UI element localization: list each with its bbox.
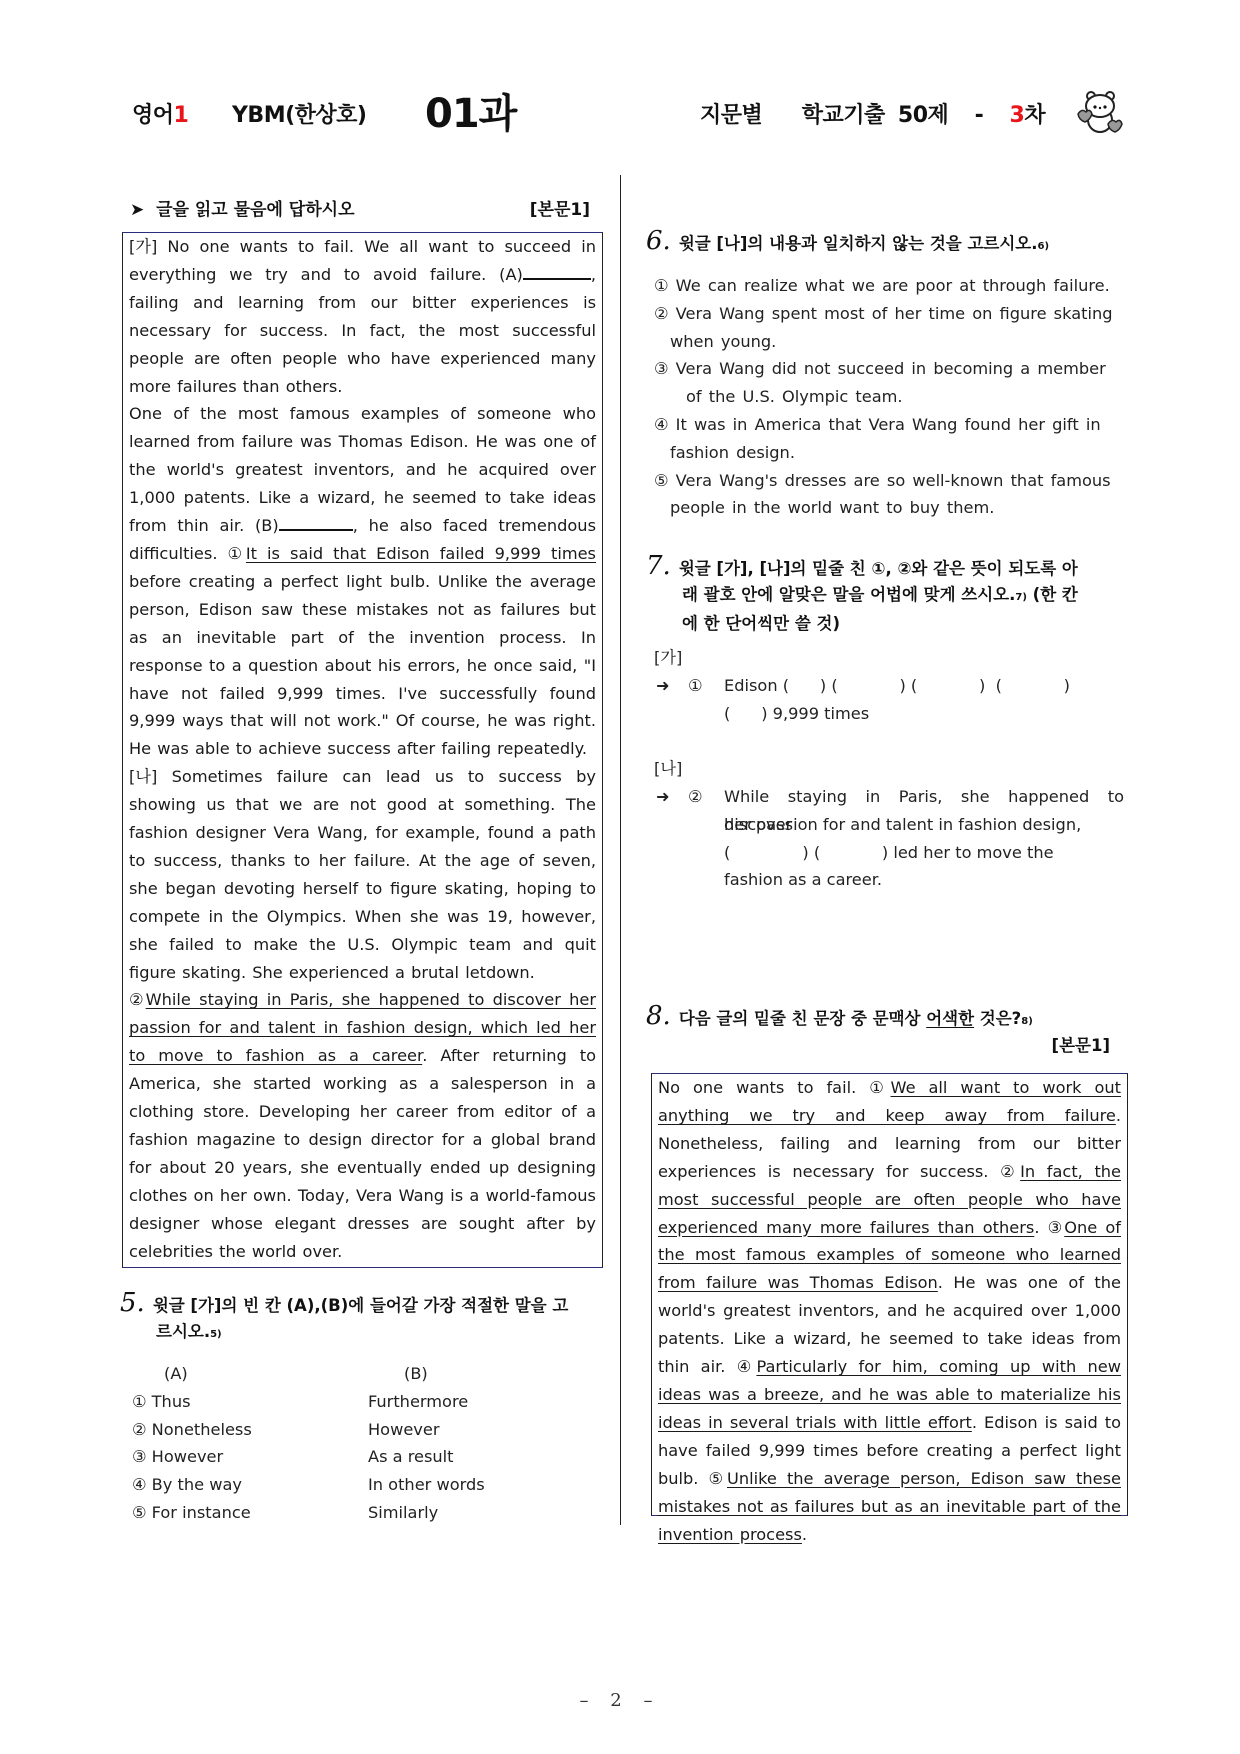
ga-label: [가] bbox=[654, 648, 682, 667]
marker-5: ⑤ bbox=[709, 1469, 727, 1488]
choice-a: Thus bbox=[152, 1392, 191, 1411]
section-instruction: ➤ 글을 읽고 물음에 답하시오 [본문1] bbox=[130, 195, 590, 220]
question-8: 8.다음 글의 밑줄 친 문장 중 문맥상 어색한 것은?8) [본문1] bbox=[646, 1003, 1126, 1035]
choice-b: In other words bbox=[368, 1471, 485, 1499]
footnote-ref: 8) bbox=[1021, 1016, 1033, 1027]
publisher-label: YBM(한상호) bbox=[232, 98, 366, 129]
option-number: ① bbox=[654, 276, 669, 295]
series-label: 지문별 학교기출 50제 - 3차 bbox=[700, 98, 1045, 129]
option-text: Vera Wang did not succeed in becoming a … bbox=[676, 359, 1106, 378]
question-number: 5. bbox=[120, 1288, 145, 1318]
footnote-ref: 5) bbox=[210, 1329, 222, 1340]
choice-b: However bbox=[368, 1416, 439, 1444]
question-number: 7. bbox=[646, 551, 671, 581]
question-text: 윗글 [가]의 빈 칸 (A),(B)에 들어갈 가장 적절한 말을 고 bbox=[153, 1296, 568, 1315]
option-text: Vera Wang's dresses are so well-known th… bbox=[676, 471, 1111, 490]
option-1[interactable]: ① We can realize what we are poor at thr… bbox=[654, 272, 1122, 300]
series-prefix: 지문별 학교기출 50제 - bbox=[700, 103, 1010, 128]
passage-paragraph-ga: [가] No one wants to fail. We all want to… bbox=[129, 233, 596, 400]
passage-box: [가] No one wants to fail. We all want to… bbox=[122, 232, 603, 1268]
item-number: ① bbox=[688, 672, 703, 700]
marker-2: ② bbox=[129, 990, 146, 1009]
underlined-sentence-1: It is said that Edison failed 9,999 time… bbox=[246, 544, 596, 563]
choice-option[interactable]: ④ By the way In other words bbox=[132, 1471, 582, 1499]
option-number: ② bbox=[654, 304, 669, 323]
series-round-suffix: 차 bbox=[1024, 103, 1045, 128]
answer-line-2[interactable]: ➜ ② While staying in Paris, she happened… bbox=[654, 783, 1124, 811]
question-8-passage: No one wants to fail. ①We all want to wo… bbox=[651, 1073, 1128, 1516]
fill-in-blanks[interactable]: ( ) 9,999 times bbox=[724, 700, 869, 728]
option-number: ⑤ bbox=[654, 471, 669, 490]
lesson-title: 01과 bbox=[425, 82, 516, 139]
passage-tag: [본문1] bbox=[1052, 1033, 1110, 1059]
choice-option[interactable]: ③ However As a result bbox=[132, 1443, 582, 1471]
question-7: 7.윗글 [가], [나]의 밑줄 친 ①, ②와 같은 뜻이 되도록 아 래 … bbox=[646, 553, 1126, 637]
passage-paragraph-edison: One of the most famous examples of someo… bbox=[129, 400, 596, 763]
marker-1: ① bbox=[228, 544, 246, 563]
option-text-cont: people in the world want to buy them. bbox=[654, 494, 1122, 522]
column-divider bbox=[620, 175, 621, 1525]
choice-number: ① bbox=[132, 1392, 147, 1411]
bear-mascot-icon bbox=[1072, 86, 1124, 138]
item-number: ② bbox=[688, 783, 703, 811]
question-number: 6. bbox=[646, 226, 671, 256]
answer-text: fashion as a career. bbox=[724, 866, 882, 894]
blank-a bbox=[523, 262, 591, 280]
option-text-cont: when young. bbox=[654, 328, 1122, 356]
option-text: Vera Wang spent most of her time on figu… bbox=[676, 304, 1113, 323]
question-6: 6.윗글 [나]의 내용과 일치하지 않는 것을 고르시오.6) bbox=[646, 228, 1126, 260]
instruction-text: 글을 읽고 물음에 답하시오 bbox=[156, 200, 354, 220]
passage-paragraph-paris: ②While staying in Paris, she happened to… bbox=[129, 986, 596, 1265]
question-text: 다음 글의 밑줄 친 문장 중 문맥상 bbox=[679, 1009, 926, 1028]
question-text: 윗글 [나]의 내용과 일치하지 않는 것을 고르시오. bbox=[679, 234, 1038, 253]
question-7-answers: [가] ➜ ① Edison ( ) ( ) ( ) ( ) ( ) 9,999… bbox=[654, 644, 1124, 894]
marker-2: ② bbox=[1000, 1162, 1020, 1181]
page-number: – 2 – bbox=[0, 1690, 1240, 1711]
underlined-sentence-5[interactable]: Unlike the average person, Edison saw th… bbox=[658, 1469, 1121, 1544]
question-text: 에 한 단어씩만 쓸 것) bbox=[646, 611, 1126, 637]
choices-header: (A) (B) bbox=[132, 1360, 582, 1388]
option-text: We can realize what we are poor at throu… bbox=[676, 276, 1110, 295]
question-text: 르시오. bbox=[156, 1322, 210, 1341]
option-5[interactable]: ⑤ Vera Wang's dresses are so well-known … bbox=[654, 467, 1122, 495]
choice-option[interactable]: ② Nonetheless However bbox=[132, 1416, 582, 1444]
passage-text: , failing and learning from our bitter e… bbox=[129, 265, 596, 396]
option-3[interactable]: ③ Vera Wang did not succeed in becoming … bbox=[654, 355, 1122, 383]
passage-text: . After returning to America, she starte… bbox=[129, 1046, 596, 1260]
passage-text: before creating a perfect light bulb. Un… bbox=[129, 572, 596, 758]
footnote-ref: 7) bbox=[1015, 592, 1027, 603]
marker-3: ③ bbox=[1048, 1218, 1065, 1237]
subject-prefix: 영어 bbox=[132, 103, 174, 128]
marker-4: ④ bbox=[737, 1357, 757, 1376]
choice-option[interactable]: ① Thus Furthermore bbox=[132, 1388, 582, 1416]
passage-text: . bbox=[802, 1525, 807, 1544]
answer-text: her passion for and talent in fashion de… bbox=[724, 811, 1081, 839]
fill-in-blanks[interactable]: Edison ( ) ( ) ( ) ( ) bbox=[724, 672, 1070, 700]
arrow-icon: ➤ bbox=[130, 200, 144, 220]
option-text: It was in America that Vera Wang found h… bbox=[676, 415, 1101, 434]
question-text: 래 괄호 안에 알맞은 말을 어법에 맞게 쓰시오. bbox=[682, 585, 1015, 604]
choice-a: By the way bbox=[152, 1475, 242, 1494]
passage-tag: [본문1] bbox=[530, 195, 590, 220]
series-round-number: 3 bbox=[1010, 103, 1025, 128]
na-label: [나] bbox=[654, 759, 682, 778]
subject-number: 1 bbox=[174, 103, 189, 128]
passage-text: No one wants to fail. bbox=[658, 1078, 869, 1097]
arrow-icon: ➜ bbox=[656, 672, 670, 700]
question-5: 5.윗글 [가]의 빈 칸 (A),(B)에 들어갈 가장 적절한 말을 고 르… bbox=[120, 1290, 600, 1348]
footnote-ref: 6) bbox=[1037, 241, 1049, 252]
answer-line-1[interactable]: ➜ ① Edison ( ) ( ) ( ) ( ) bbox=[654, 672, 1124, 700]
choice-number: ⑤ bbox=[132, 1503, 147, 1522]
ga-label: [가] bbox=[129, 237, 157, 256]
choice-number: ④ bbox=[132, 1475, 147, 1494]
choice-a: For instance bbox=[152, 1503, 251, 1522]
choice-b: Furthermore bbox=[368, 1388, 468, 1416]
option-2[interactable]: ② Vera Wang spent most of her time on fi… bbox=[654, 300, 1122, 328]
choice-a: However bbox=[152, 1447, 223, 1466]
choice-a: Nonetheless bbox=[152, 1420, 252, 1439]
passage-text: . bbox=[1034, 1218, 1047, 1237]
marker-1: ① bbox=[869, 1078, 890, 1097]
question-text: 윗글 [가], [나]의 밑줄 친 ①, ②와 같은 뜻이 되도록 아 bbox=[679, 559, 1078, 578]
question-text: 것은? bbox=[974, 1009, 1021, 1028]
passage-paragraph-na: [나] Sometimes failure can lead us to suc… bbox=[129, 763, 596, 986]
passage-text: Sometimes failure can lead us to success… bbox=[129, 767, 596, 981]
column-a-header: (A) bbox=[164, 1360, 188, 1388]
arrow-icon: ➜ bbox=[656, 783, 670, 811]
na-label: [나] bbox=[129, 767, 157, 786]
option-text-cont: of the U.S. Olympic team. bbox=[654, 383, 1122, 411]
page-header: 영어1 YBM(한상호) 01과 지문별 학교기출 50제 - 3차 bbox=[0, 78, 1240, 138]
option-number: ③ bbox=[654, 359, 669, 378]
column-b-header: (B) bbox=[404, 1360, 428, 1388]
choice-number: ② bbox=[132, 1420, 147, 1439]
blank-b bbox=[279, 513, 353, 531]
question-5-choices: (A) (B) ① Thus Furthermore ② Nonetheless… bbox=[132, 1360, 582, 1527]
option-number: ④ bbox=[654, 415, 669, 434]
fill-in-blanks[interactable]: ( ) ( ) led her to move the bbox=[724, 839, 1054, 867]
option-text-cont: fashion design. bbox=[654, 439, 1122, 467]
question-emphasis: 어색한 bbox=[926, 1009, 974, 1028]
question-number: 8. bbox=[646, 1001, 671, 1031]
choice-b: As a result bbox=[368, 1443, 454, 1471]
question-6-options: ① We can realize what we are poor at thr… bbox=[654, 272, 1122, 522]
choice-b: Similarly bbox=[368, 1499, 438, 1527]
option-4[interactable]: ④ It was in America that Vera Wang found… bbox=[654, 411, 1122, 439]
choice-option[interactable]: ⑤ For instance Similarly bbox=[132, 1499, 582, 1527]
subject-label: 영어1 bbox=[132, 98, 188, 129]
question-text: (한 칸 bbox=[1027, 585, 1078, 604]
choice-number: ③ bbox=[132, 1447, 147, 1466]
